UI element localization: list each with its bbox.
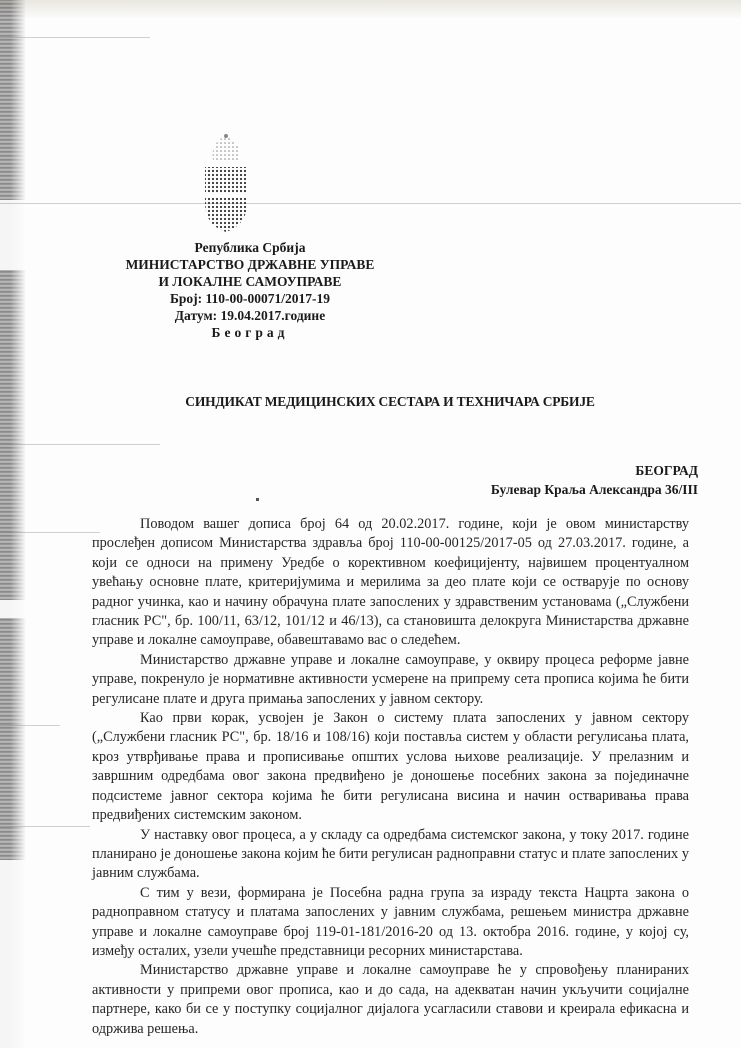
scan-line (0, 826, 90, 827)
issuing-city: Београд (100, 324, 400, 341)
scan-line (0, 444, 160, 445)
paragraph: Министарство државне управе и локалне са… (92, 651, 689, 709)
document-date: Датум: 19.04.2017.године (100, 307, 400, 324)
paragraph: Министарство државне управе и локалне са… (92, 961, 689, 1039)
country-name: Република Србија (100, 239, 400, 256)
scan-top-edge (0, 0, 741, 18)
scan-speck (256, 498, 259, 501)
scan-line (0, 203, 741, 204)
scan-left-edge-artifact (0, 0, 26, 1048)
letterhead: Република Србија МИНИСТАРСТВО ДРЖАВНЕ УП… (100, 239, 400, 341)
scan-line (0, 37, 150, 38)
scan-line (0, 725, 60, 726)
letter-body: Поводом вашег дописа број 64 од 20.02.20… (92, 515, 689, 1039)
addressee-street: Булевар Краља Александра 36/III (491, 480, 698, 499)
addressee-name: СИНДИКАТ МЕДИЦИНСКИХ СЕСТАРА И ТЕХНИЧАРА… (150, 394, 630, 410)
addressee-address: БЕОГРАД Булевар Краља Александра 36/III (491, 461, 698, 499)
ministry-name-line2: И ЛОКАЛНЕ САМОУПРАВЕ (100, 273, 400, 290)
paragraph: Поводом вашег дописа број 64 од 20.02.20… (92, 515, 689, 651)
paragraph: У наставку овог процеса, а у складу са о… (92, 826, 689, 884)
paragraph: С тим у вези, формирана је Посебна радна… (92, 884, 689, 962)
addressee-city: БЕОГРАД (491, 461, 698, 480)
reference-number: Број: 110-00-00071/2017-19 (100, 290, 400, 307)
paragraph: Као први корак, усвојен је Закон о систе… (92, 709, 689, 825)
ministry-name-line1: МИНИСТАРСТВО ДРЖАВНЕ УПРАВЕ (100, 256, 400, 273)
serbian-coat-of-arms-icon (203, 133, 249, 233)
scan-line (0, 532, 100, 533)
